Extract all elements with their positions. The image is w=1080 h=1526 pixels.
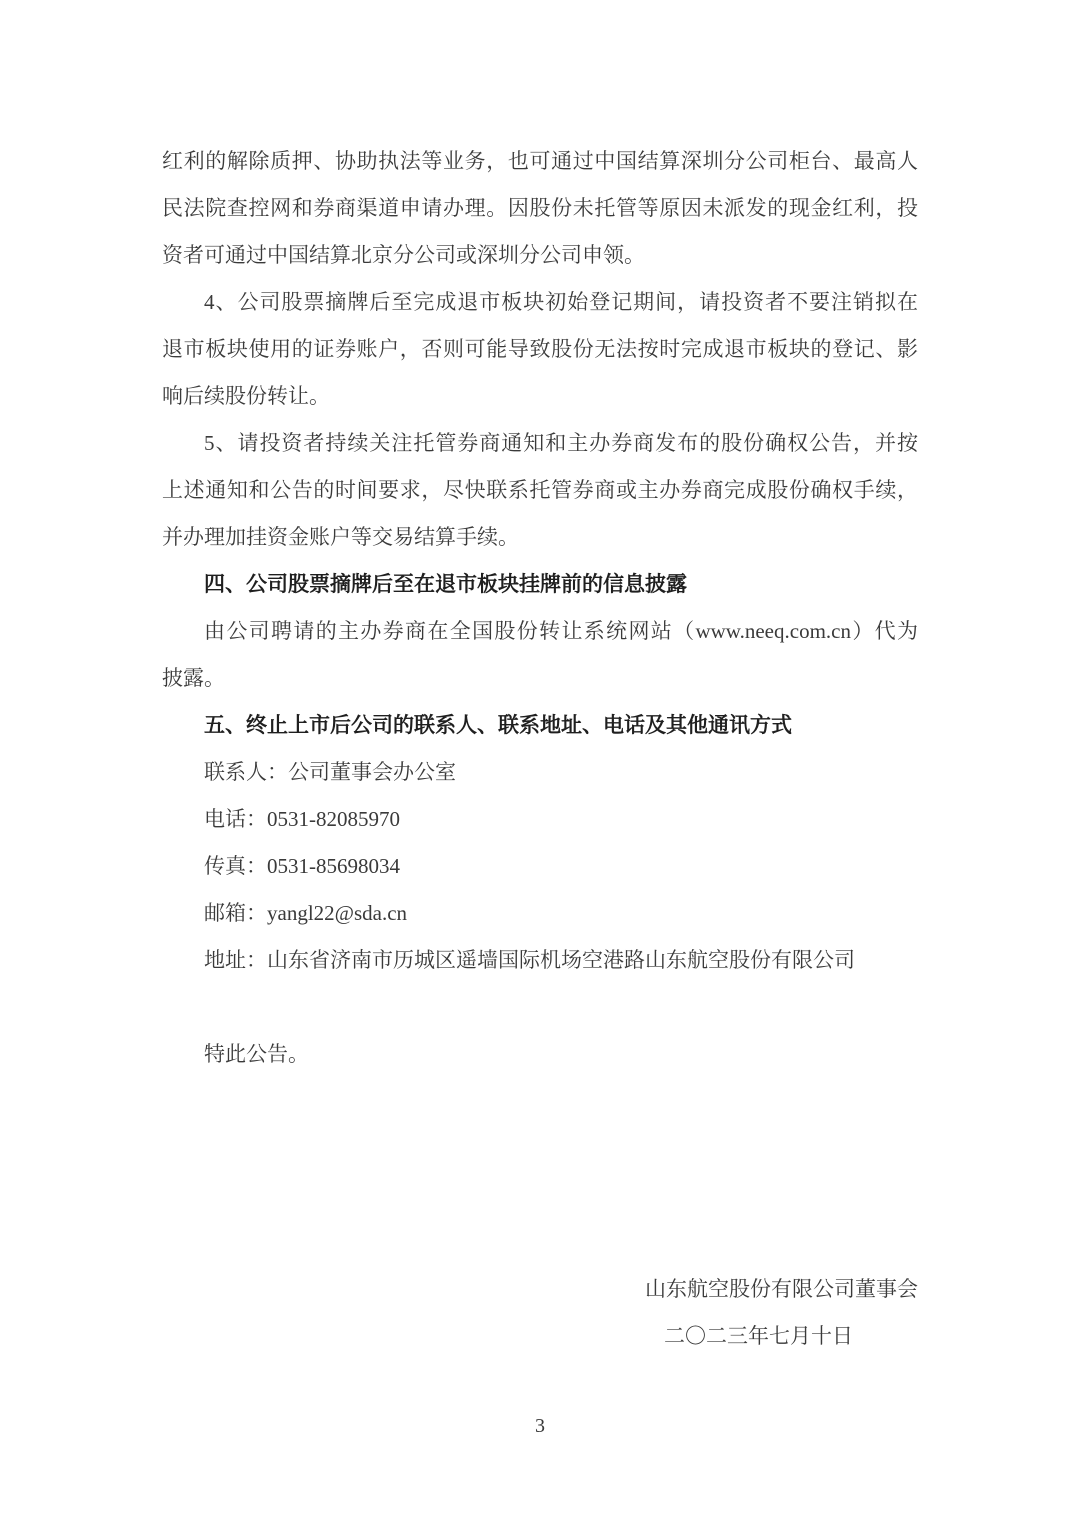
document-page: 红利的解除质押、协助执法等业务，也可通过中国结算深圳分公司柜台、最高人 民法院查… — [0, 0, 1080, 1526]
page-number: 3 — [0, 1403, 1080, 1450]
signature-block: 山东航空股份有限公司董事会 二〇二三年七月十日 — [162, 1266, 918, 1360]
paragraph-line: 民法院查控网和券商渠道申请办理。因股份未托管等原因未派发的现金红利，投 — [162, 185, 918, 232]
paragraph-line: 退市板块使用的证券账户，否则可能导致股份无法按时完成退市板块的登记、影 — [162, 326, 918, 373]
paragraph-line: 红利的解除质押、协助执法等业务，也可通过中国结算深圳分公司柜台、最高人 — [162, 138, 918, 185]
paragraph-line: 4、公司股票摘牌后至完成退市板块初始登记期间，请投资者不要注销拟在 — [162, 279, 918, 326]
phone-line: 电话：0531-82085970 — [162, 796, 918, 843]
paragraph-line: 并办理加挂资金账户等交易结算手续。 — [162, 514, 918, 561]
signature-company: 山东航空股份有限公司董事会 — [162, 1266, 918, 1313]
document-body: 红利的解除质押、协助执法等业务，也可通过中国结算深圳分公司柜台、最高人 民法院查… — [162, 138, 918, 1360]
paragraph-line: 上述通知和公告的时间要求，尽快联系托管券商或主办券商完成股份确权手续， — [162, 467, 918, 514]
paragraph-line: 5、请投资者持续关注托管券商通知和主办券商发布的股份确权公告，并按 — [162, 420, 918, 467]
section-heading-4: 四、公司股票摘牌后至在退市板块挂牌前的信息披露 — [162, 561, 918, 608]
paragraph-line: 资者可通过中国结算北京分公司或深圳分公司申领。 — [162, 232, 918, 279]
paragraph-line: 披露。 — [162, 655, 918, 702]
fax-line: 传真：0531-85698034 — [162, 843, 918, 890]
contact-person-line: 联系人：公司董事会办公室 — [162, 749, 918, 796]
section-heading-5: 五、终止上市后公司的联系人、联系地址、电话及其他通讯方式 — [162, 702, 918, 749]
paragraph-line: 由公司聘请的主办券商在全国股份转让系统网站（www.neeq.com.cn）代为 — [162, 608, 918, 655]
paragraph-line: 响后续股份转让。 — [162, 373, 918, 420]
signature-date: 二〇二三年七月十日 — [162, 1313, 918, 1360]
address-line: 地址：山东省济南市历城区遥墙国际机场空港路山东航空股份有限公司 — [162, 937, 918, 984]
closing-line: 特此公告。 — [162, 1031, 918, 1078]
email-line: 邮箱：yangl22@sda.cn — [162, 890, 918, 937]
